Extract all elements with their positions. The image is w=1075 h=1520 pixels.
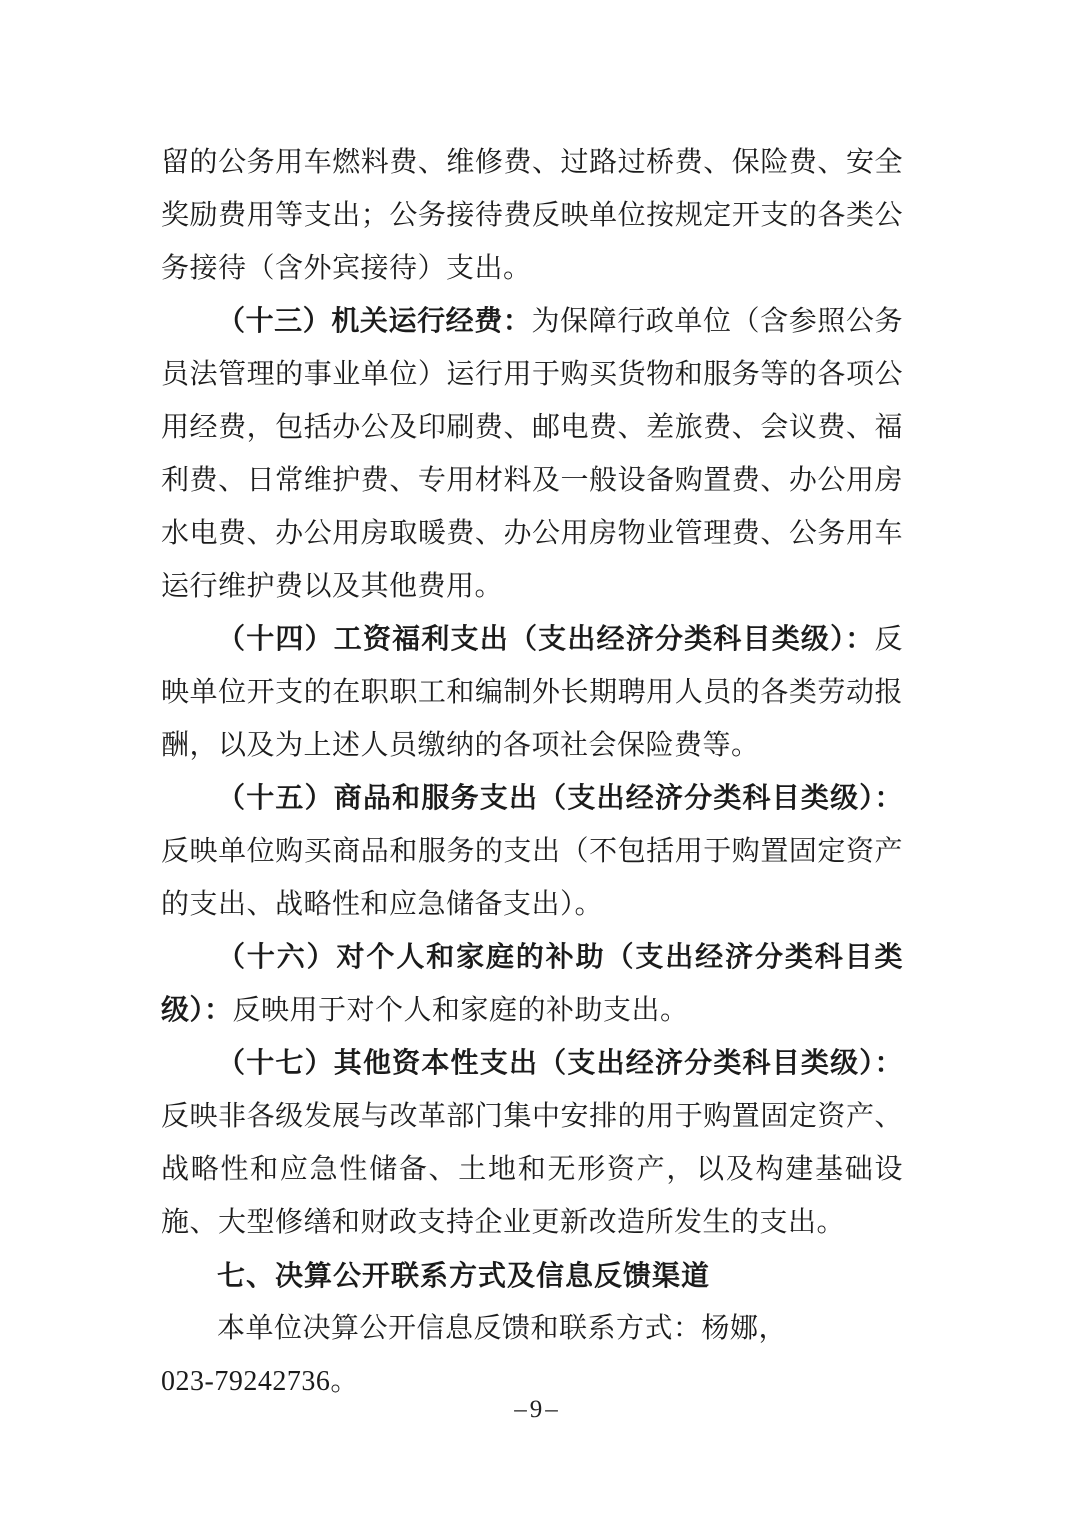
item-14-lead: （十四）工资福利支出（支出经济分类科目类级）：	[217, 624, 874, 655]
document-page: 留的公务用车燃料费、维修费、过路过桥费、保险费、安全奖励费用等支出；公务接待费反…	[0, 0, 1075, 1520]
continuation-paragraph: 留的公务用车燃料费、维修费、过路过桥费、保险费、安全奖励费用等支出；公务接待费反…	[161, 136, 903, 295]
item-13-lead: （十三）机关运行经费：	[217, 306, 531, 337]
continuation-paragraph-text: 留的公务用车燃料费、维修费、过路过桥费、保险费、安全奖励费用等支出；公务接待费反…	[161, 147, 903, 284]
page-number: –9–	[514, 1396, 561, 1423]
item-17-lead: （十七）其他资本性支出（支出经济分类科目类级）：	[217, 1048, 903, 1079]
item-15-lead: （十五）商品和服务支出（支出经济分类科目类级）：	[217, 783, 903, 814]
item-16-body: 反映用于对个人和家庭的补助支出。	[233, 995, 689, 1026]
item-paragraph-16: （十六）对个人和家庭的补助（支出经济分类科目类级）：反映用于对个人和家庭的补助支…	[161, 931, 903, 1037]
item-13-body: 为保障行政单位（含参照公务员法管理的事业单位）运行用于购买货物和服务等的各项公用…	[161, 306, 903, 602]
item-paragraph-15: （十五）商品和服务支出（支出经济分类科目类级）：反映单位购买商品和服务的支出（不…	[161, 772, 903, 931]
section-heading: 七、决算公开联系方式及信息反馈渠道	[161, 1249, 903, 1302]
contact-line: 本单位决算公开信息反馈和联系方式：杨娜，	[217, 1313, 787, 1344]
page-footer: –9–	[0, 1396, 1075, 1424]
document-content: 留的公务用车燃料费、维修费、过路过桥费、保险费、安全奖励费用等支出；公务接待费反…	[161, 136, 903, 1408]
section-heading-text: 七、决算公开联系方式及信息反馈渠道	[217, 1260, 710, 1291]
item-15-body: 反映单位购买商品和服务的支出（不包括用于购置固定资产的支出、战略性和应急储备支出…	[161, 836, 903, 920]
item-paragraph-17: （十七）其他资本性支出（支出经济分类科目类级）：反映非各级发展与改革部门集中安排…	[161, 1037, 903, 1249]
contact-phone-number: 023-79242736。	[161, 1366, 359, 1397]
item-paragraph-14: （十四）工资福利支出（支出经济分类科目类级）：反映单位开支的在职职工和编制外长期…	[161, 613, 903, 772]
item-17-body: 反映非各级发展与改革部门集中安排的用于购置固定资产、战略性和应急性储备、土地和无…	[161, 1101, 903, 1238]
item-paragraph-13: （十三）机关运行经费：为保障行政单位（含参照公务员法管理的事业单位）运行用于购买…	[161, 295, 903, 613]
contact-paragraph: 本单位决算公开信息反馈和联系方式：杨娜，023-79242736。	[161, 1302, 903, 1408]
